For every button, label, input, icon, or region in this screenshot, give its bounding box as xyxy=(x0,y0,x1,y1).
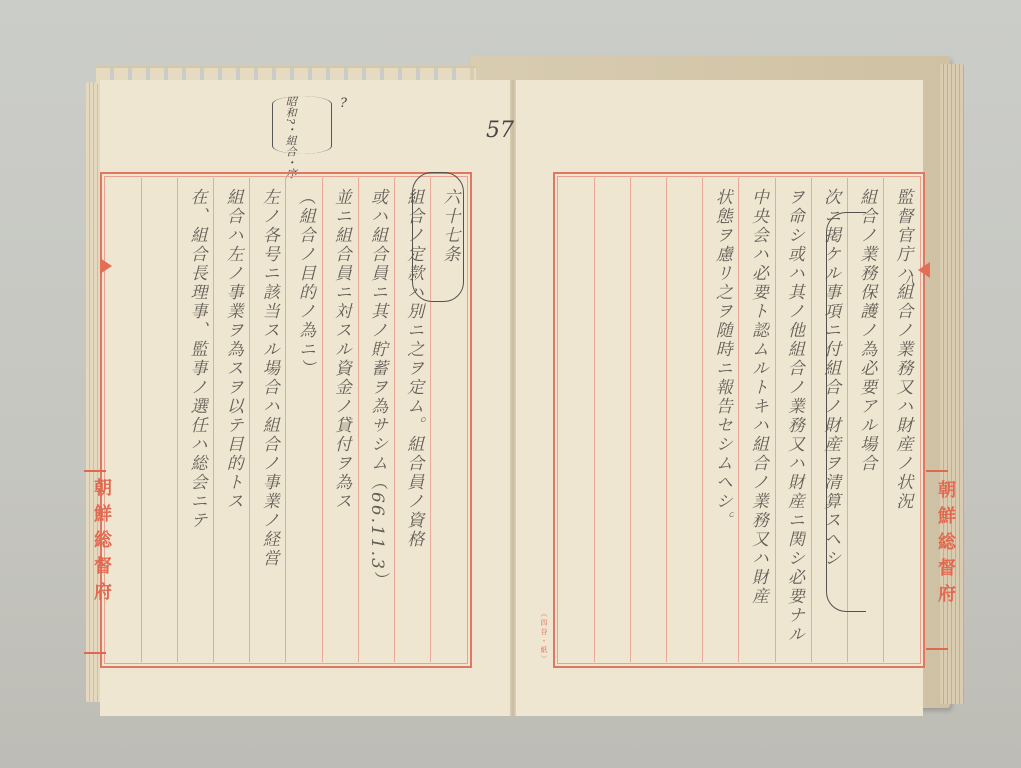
handwritten-line: （組合ノ目的ノ為ニ） xyxy=(295,188,313,378)
handwritten-line: 中央会ハ必要ト認ムルトキハ組合ノ業務又ハ財産 xyxy=(748,188,766,606)
bracketed-annotation-text: 昭和?・組合・序 xyxy=(284,96,297,179)
right-side-label: 朝鮮総督府 xyxy=(932,480,958,610)
column xyxy=(630,178,666,662)
right-label-rule-bottom xyxy=(926,648,948,650)
left-margin-tab xyxy=(100,258,112,274)
handwritten-line: 或ハ組合員ニ其ノ貯蓄ヲ為サシム（66.11.3） xyxy=(367,188,385,590)
page-number: 57 xyxy=(486,118,514,143)
left-label-rule-bottom xyxy=(84,652,106,654)
column xyxy=(559,178,594,662)
page-marker: 八 xyxy=(904,272,915,288)
column: 中央会ハ必要ト認ムルトキハ組合ノ業務又ハ財産 xyxy=(738,178,774,662)
bracketed-annotation xyxy=(272,96,332,154)
column: ヲ命シ或ハ其ノ他組合ノ業務又ハ財産ニ関シ必要ナル xyxy=(775,178,811,662)
left-side-label: 朝鮮総督府 xyxy=(88,478,114,608)
insertion-bracket xyxy=(826,212,866,612)
column: 或ハ組合員ニ其ノ貯蓄ヲ為サシム（66.11.3） xyxy=(358,178,394,662)
left-label-rule-top xyxy=(84,470,106,472)
handwritten-line: 状態ヲ慮リ之ヲ随時ニ報告セシムヘシ。 xyxy=(712,188,730,530)
circled-heading-mark xyxy=(412,172,464,302)
handwritten-line: 在、組合長理事、監事ノ選任ハ総会ニテ xyxy=(187,188,205,530)
column: 並ニ組合員ニ対スル資金ノ貸付ヲ為ス xyxy=(322,178,358,662)
column: 組合ハ左ノ事業ヲ為スヲ以テ目的トス xyxy=(213,178,249,662)
right-margin-tab xyxy=(918,262,930,278)
question-mark-annotation: ? xyxy=(340,96,347,111)
right-label-rule-top xyxy=(926,470,948,472)
handwritten-line: 並ニ組合員ニ対スル資金ノ貸付ヲ為ス xyxy=(331,188,349,511)
column: 在、組合長理事、監事ノ選任ハ総会ニテ xyxy=(177,178,213,662)
handwritten-line: 組合ハ左ノ事業ヲ為スヲ以テ目的トス xyxy=(223,188,241,511)
column: 監督官庁ハ組合ノ業務又ハ財産ノ状況 xyxy=(883,178,919,662)
handwritten-line: 左ノ各号ニ該当スル場合ハ組合ノ事業ノ経営 xyxy=(259,188,277,568)
handwritten-line: 監督官庁ハ組合ノ業務又ハ財産ノ状況 xyxy=(892,188,910,511)
column xyxy=(666,178,702,662)
right-ruled-frame: 状態ヲ慮リ之ヲ随時ニ報告セシムヘシ。 中央会ハ必要ト認ムルトキハ組合ノ業務又ハ財… xyxy=(553,172,925,668)
column: 状態ヲ慮リ之ヲ随時ニ報告セシムヘシ。 xyxy=(702,178,738,662)
column: 左ノ各号ニ該当スル場合ハ組合ノ事業ノ経営 xyxy=(249,178,285,662)
column: （組合ノ目的ノ為ニ） xyxy=(285,178,321,662)
column xyxy=(594,178,630,662)
handwritten-line: ヲ命シ或ハ其ノ他組合ノ業務又ハ財産ニ関シ必要ナル xyxy=(784,188,802,644)
book-spine xyxy=(510,80,516,716)
printed-paper-mark: （四谷・紙） xyxy=(539,610,549,664)
column xyxy=(141,178,177,662)
